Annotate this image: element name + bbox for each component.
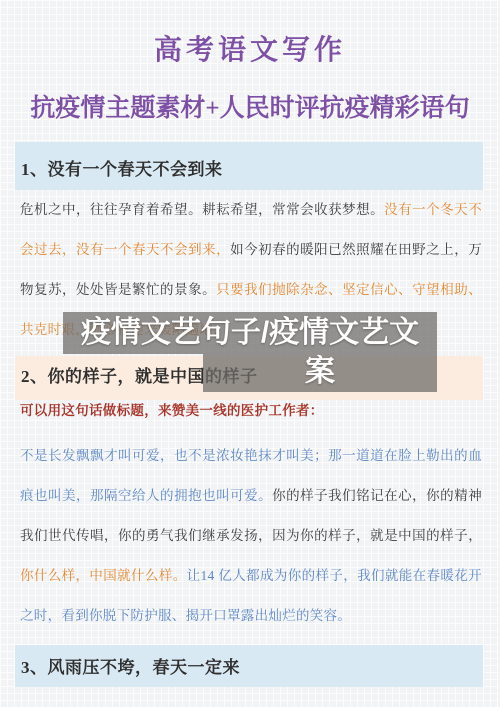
text-segment: 危机之中，往往孕育着希望。耕耘希望，常常会收获梦想。 — [20, 202, 384, 217]
text-segment: 你什么样，中国就什么样。 — [20, 568, 187, 583]
watermark-overlay-line2: 案 — [203, 354, 437, 392]
watermark-overlay-line1: 疫情文艺句子/疫情文艺文 — [63, 312, 437, 354]
section-3-heading: 3、风雨压不垮，春天一定来 — [21, 658, 240, 677]
page-title: 高考语文写作 — [0, 28, 500, 68]
page-subtitle: 抗疫情主题素材+人民时评抗疫精彩语句 — [0, 88, 500, 124]
section-3-heading-band: 3、风雨压不垮，春天一定来 — [15, 645, 483, 687]
poster-page: 高考语文写作 抗疫情主题素材+人民时评抗疫精彩语句 1、没有一个春天不会到来 危… — [0, 0, 500, 707]
section-2-note: 可以用这句话做标题，来赞美一线的医护工作者： — [20, 391, 482, 431]
section-1-heading-band: 1、没有一个春天不会到来 — [15, 142, 483, 190]
section-1-heading: 1、没有一个春天不会到来 — [21, 160, 223, 179]
section-2-paragraph: 不是长发飘飘才叫可爱，也不是浓妆艳抹才叫美；那一道道在脸上勒出的血痕也叫美，那隔… — [20, 436, 482, 636]
